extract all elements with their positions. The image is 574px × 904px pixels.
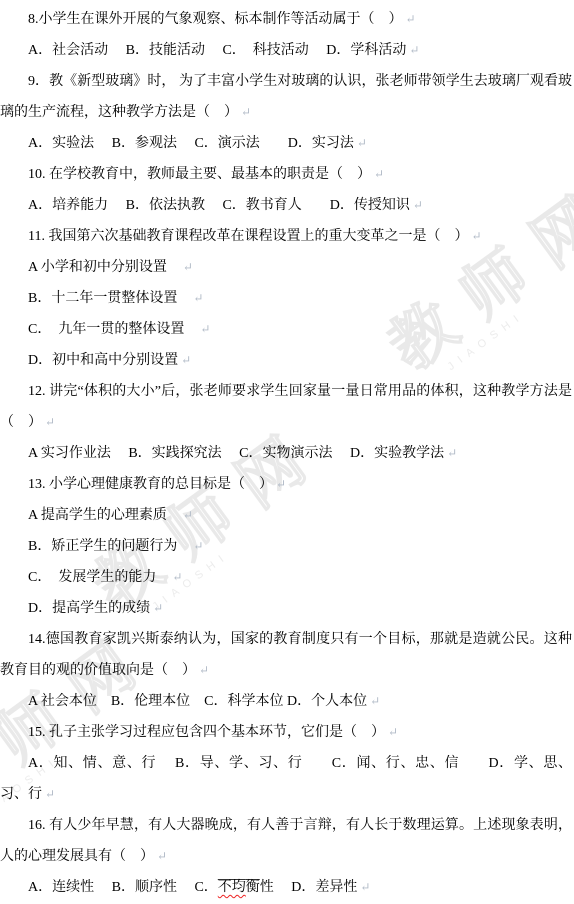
- paragraph-mark-icon: ↵: [172, 570, 182, 584]
- question-13-option-d: D．提高学生的成绩↵: [0, 593, 572, 624]
- option-text: C． 发展学生的能力: [28, 570, 156, 585]
- option-text: D．提高学生的成绩: [28, 601, 150, 616]
- question-12-options: A 实习作业法 B．实践探究法 C．实物演示法 D．实验教学法↵: [0, 438, 572, 469]
- paragraph-mark-icon: ↵: [193, 291, 203, 305]
- paragraph-mark-icon: ↵: [181, 353, 191, 367]
- question-10-options: A．培养能力 B．依法执教 C．教书育人 D．传授知识↵: [0, 190, 572, 221]
- option-text: D．初中和高中分别设置: [28, 353, 178, 368]
- paragraph-mark-icon: ↵: [276, 477, 286, 491]
- paragraph-mark-icon: ↵: [360, 880, 370, 894]
- question-text: 10. 在学校教育中，教师最主要、最基本的职责是（ ）: [28, 167, 371, 182]
- paragraph-mark-icon: ↵: [374, 167, 384, 181]
- question-15-stem: 15. 孔子主张学习过程应包含四个基本环节，它们是（ ）↵: [0, 717, 572, 748]
- paragraph-mark-icon: ↵: [447, 446, 457, 460]
- question-16-stem: 16. 有人少年早慧，有人大器晚成，有人善于言辩，有人长于数理运算。上述现象表明…: [0, 810, 572, 872]
- paragraph-mark-icon: ↵: [413, 198, 423, 212]
- paragraph-mark-icon: ↵: [157, 849, 167, 863]
- question-13-option-a: A 提高学生的心理素质↵: [0, 500, 572, 531]
- paragraph-mark-icon: ↵: [193, 539, 203, 553]
- question-text: 16. 有人少年早慧，有人大器晚成，有人善于言辩，有人长于数理运算。上述现象表明…: [0, 818, 572, 864]
- question-11-stem: 11. 我国第六次基础教育课程改革在课程设置上的重大变革之一是（ ）↵: [0, 221, 572, 252]
- question-15-options: A．知、情、意、行 B．导、学、习、行 C．闻、行、忠、信 D．学、思、习、行↵: [0, 748, 572, 810]
- paragraph-mark-icon: ↵: [183, 508, 193, 522]
- option-text: A 小学和初中分别设置: [28, 260, 167, 275]
- question-text: 12. 讲完“体积的大小”后，张老师要求学生回家量一量日常用品的体积，这种教学方…: [0, 384, 572, 430]
- paragraph-mark-icon: ↵: [45, 787, 55, 801]
- paragraph-mark-icon: ↵: [183, 260, 193, 274]
- option-text: C． 九年一贯的整体设置: [28, 322, 184, 337]
- options-text: A．实验法 B．参观法 C．演示法 D．实习法: [28, 136, 354, 151]
- option-text: B．矫正学生的问题行为: [28, 539, 177, 554]
- question-text: 9．教《新型玻璃》时， 为了丰富小学生对玻璃的认识，张老师带领学生去玻璃厂观看玻…: [0, 74, 572, 120]
- question-text: 14.德国教育家凯兴斯泰纳认为，国家的教育制度只有一个目标，那就是造就公民。这种…: [0, 632, 572, 678]
- paragraph-mark-icon: ↵: [406, 12, 416, 26]
- question-13-stem: 13. 小学心理健康教育的总目标是（ ）↵: [0, 469, 572, 500]
- question-text: 11. 我国第六次基础教育课程改革在课程设置上的重大变革之一是（ ）: [28, 229, 468, 244]
- question-8-stem: 8.小学生在课外开展的气象观察、标本制作等活动属于（ ）↵: [0, 4, 572, 35]
- paragraph-mark-icon: ↵: [471, 229, 481, 243]
- question-text: 8.小学生在课外开展的气象观察、标本制作等活动属于（ ）: [28, 12, 403, 27]
- question-13-option-b: B．矫正学生的问题行为↵: [0, 531, 572, 562]
- spellcheck-squiggle-text: 不均: [218, 880, 246, 895]
- question-16-options: A．连续性 B．顺序性 C．不均衡性 D．差异性↵: [0, 872, 572, 903]
- question-14-options: A 社会本位 B．伦理本位 C．科学本位 D．个人本位↵: [0, 686, 572, 717]
- options-pre-text: A．连续性 B．顺序性 C．: [28, 880, 218, 895]
- paragraph-mark-icon: ↵: [241, 105, 251, 119]
- question-11-option-d: D．初中和高中分别设置↵: [0, 345, 572, 376]
- paragraph-mark-icon: ↵: [409, 43, 419, 57]
- question-11-option-b: B．十二年一贯整体设置↵: [0, 283, 572, 314]
- paragraph-mark-icon: ↵: [199, 663, 209, 677]
- options-text: A 社会本位 B．伦理本位 C．科学本位 D．个人本位: [28, 694, 367, 709]
- question-14-stem: 14.德国教育家凯兴斯泰纳认为，国家的教育制度只有一个目标，那就是造就公民。这种…: [0, 624, 572, 686]
- options-text: A．社会活动 B．技能活动 C． 科技活动 D．学科活动: [28, 43, 406, 58]
- options-text: A．知、情、意、行 B．导、学、习、行 C．闻、行、忠、信 D．学、思、习、行: [0, 756, 572, 802]
- option-text: A 提高学生的心理素质: [28, 508, 167, 523]
- option-c-overline-rest: 衡: [246, 880, 260, 895]
- paragraph-mark-icon: ↵: [200, 322, 210, 336]
- question-11-option-a: A 小学和初中分别设置↵: [0, 252, 572, 283]
- question-13-option-c: C． 发展学生的能力↵: [0, 562, 572, 593]
- question-11-option-c: C． 九年一贯的整体设置↵: [0, 314, 572, 345]
- options-text: A 实习作业法 B．实践探究法 C．实物演示法 D．实验教学法: [28, 446, 444, 461]
- question-text: 13. 小学心理健康教育的总目标是（ ）: [28, 477, 273, 492]
- option-c-marked-text: 不均衡: [218, 880, 260, 895]
- paragraph-mark-icon: ↵: [357, 136, 367, 150]
- options-post-text: 性 D．差异性: [260, 880, 358, 895]
- paragraph-mark-icon: ↵: [370, 694, 380, 708]
- question-9-options: A．实验法 B．参观法 C．演示法 D．实习法↵: [0, 128, 572, 159]
- question-10-stem: 10. 在学校教育中，教师最主要、最基本的职责是（ ）↵: [0, 159, 572, 190]
- paragraph-mark-icon: ↵: [45, 415, 55, 429]
- question-text: 15. 孔子主张学习过程应包含四个基本环节，它们是（ ）: [28, 725, 385, 740]
- document-content: 8.小学生在课外开展的气象观察、标本制作等活动属于（ ）↵ A．社会活动 B．技…: [0, 0, 574, 903]
- option-text: B．十二年一贯整体设置: [28, 291, 177, 306]
- exam-document-page: 教师网 JIAOSHI 教师网 JIAOSHI 教师网 JIAOSHI 8.小学…: [0, 0, 574, 904]
- paragraph-mark-icon: ↵: [388, 725, 398, 739]
- paragraph-mark-icon: ↵: [153, 601, 163, 615]
- question-12-stem: 12. 讲完“体积的大小”后，张老师要求学生回家量一量日常用品的体积，这种教学方…: [0, 376, 572, 438]
- question-8-options: A．社会活动 B．技能活动 C． 科技活动 D．学科活动↵: [0, 35, 572, 66]
- options-text: A．培养能力 B．依法执教 C．教书育人 D．传授知识: [28, 198, 410, 213]
- question-9-stem: 9．教《新型玻璃》时， 为了丰富小学生对玻璃的认识，张老师带领学生去玻璃厂观看玻…: [0, 66, 572, 128]
